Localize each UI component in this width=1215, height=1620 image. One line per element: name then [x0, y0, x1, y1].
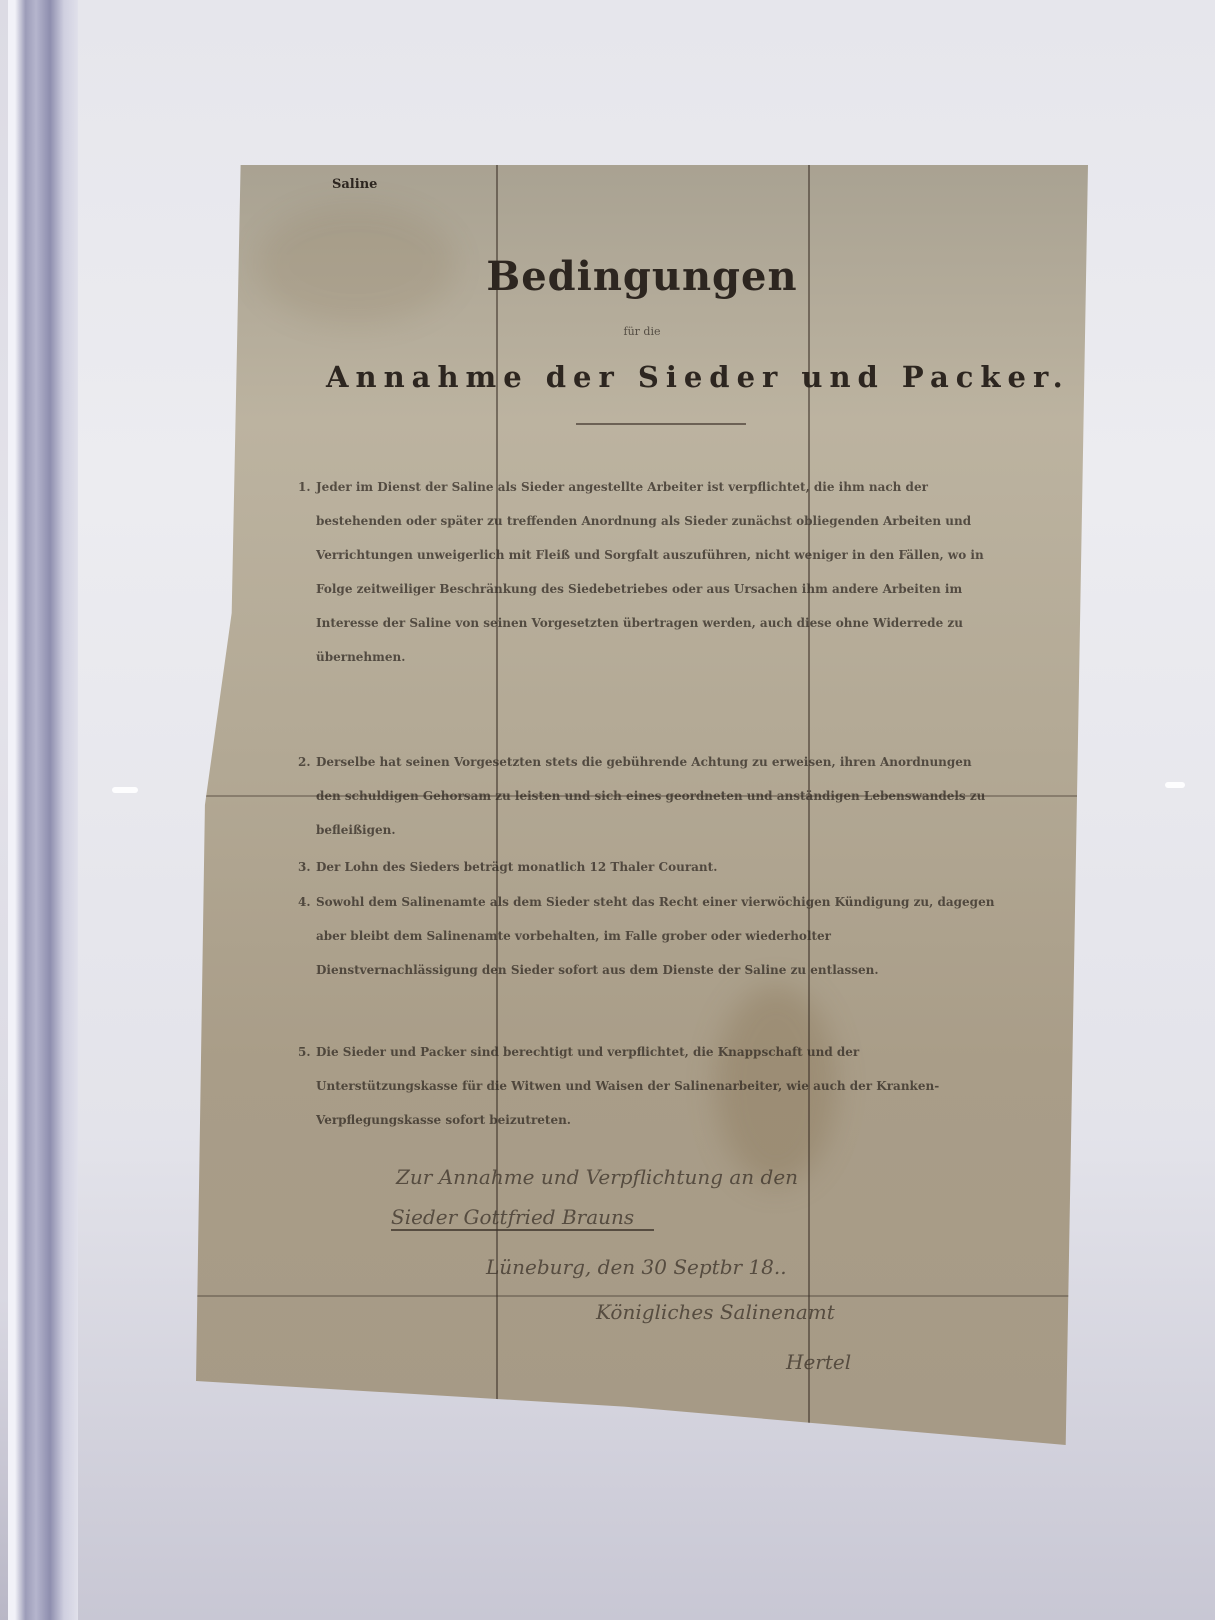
- handwritten-office: Königliches Salinenamt: [596, 1300, 835, 1324]
- handwritten-name: Sieder Gottfried Brauns: [391, 1205, 654, 1231]
- paragraph-5: 5. Die Sieder und Packer sind berechtigt…: [316, 1035, 996, 1137]
- corner-label: Saline: [332, 177, 377, 192]
- handwritten-acceptance: Zur Annahme und Verpflichtung an den: [396, 1165, 798, 1189]
- handwritten-signature: Hertel: [786, 1350, 851, 1374]
- glass-glare: [112, 787, 138, 793]
- document-title: Bedingungen: [196, 253, 1088, 300]
- picture-frame-edge: [8, 0, 78, 1620]
- glass-glare: [1165, 782, 1185, 788]
- ornamental-rule: [576, 423, 746, 425]
- title-preposition: für die: [196, 325, 1088, 338]
- paragraph-2: 2. Derselbe hat seinen Vorgesetzten stet…: [316, 745, 996, 847]
- historical-document: Saline Bedingungen für die Annahme der S…: [196, 165, 1088, 1445]
- paragraph-3: 3. Der Lohn des Sieders beträgt monatlic…: [316, 850, 996, 884]
- paragraph-4: 4. Sowohl dem Salinenamte als dem Sieder…: [316, 885, 996, 987]
- document-subtitle: Annahme der Sieder und Packer.: [326, 360, 1070, 394]
- paragraph-1: 1. Jeder im Dienst der Saline als Sieder…: [316, 470, 996, 674]
- handwritten-date: Lüneburg, den 30 Septbr 18..: [486, 1255, 787, 1279]
